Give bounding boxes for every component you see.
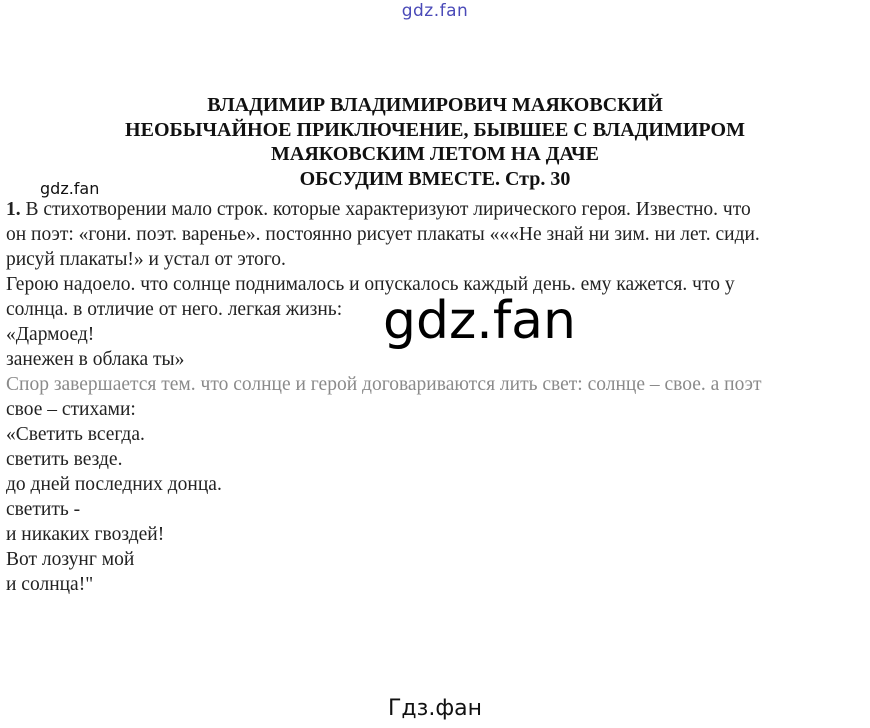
- answer-line: он поэт: «гони. поэт. варенье». постоянн…: [6, 222, 866, 247]
- poem-line: и солнца!": [6, 572, 866, 597]
- poem-line: светить везде.: [6, 447, 866, 472]
- answer-text: 1. В стихотворении мало строк. которые х…: [6, 197, 866, 597]
- watermark-large: gdz.fan: [383, 291, 576, 351]
- watermark-top: gdz.fan: [0, 0, 870, 22]
- work-title-line-1: НЕОБЫЧАЙНОЕ ПРИКЛЮЧЕНИЕ, БЫВШЕЕ С ВЛАДИМ…: [0, 118, 870, 143]
- watermark-bottom: Гдз.фан: [0, 695, 870, 723]
- watermark-small: gdz.fan: [40, 180, 99, 198]
- answer-line: свое – стихами:: [6, 397, 866, 422]
- answer-line: 1. В стихотворении мало строк. которые х…: [6, 197, 866, 222]
- answer-line: рисуй плакаты!» и устал от этого.: [6, 247, 866, 272]
- work-title-line-2: МАЯКОВСКИМ ЛЕТОМ НА ДАЧЕ: [0, 142, 870, 167]
- poem-line: светить -: [6, 497, 866, 522]
- section-title: ОБСУДИМ ВМЕСТЕ. Стр. 30: [0, 167, 870, 192]
- page-header: ВЛАДИМИР ВЛАДИМИРОВИЧ МАЯКОВСКИЙ НЕОБЫЧА…: [0, 93, 870, 191]
- author-title: ВЛАДИМИР ВЛАДИМИРОВИЧ МАЯКОВСКИЙ: [0, 93, 870, 118]
- answer-number: 1.: [6, 199, 21, 220]
- poem-line: Вот лозунг мой: [6, 547, 866, 572]
- poem-line: «Светить всегда.: [6, 422, 866, 447]
- answer-line: Спор завершается тем. что солнце и герой…: [6, 372, 866, 397]
- poem-line: до дней последних донца.: [6, 472, 866, 497]
- poem-line: и никаких гвоздей!: [6, 522, 866, 547]
